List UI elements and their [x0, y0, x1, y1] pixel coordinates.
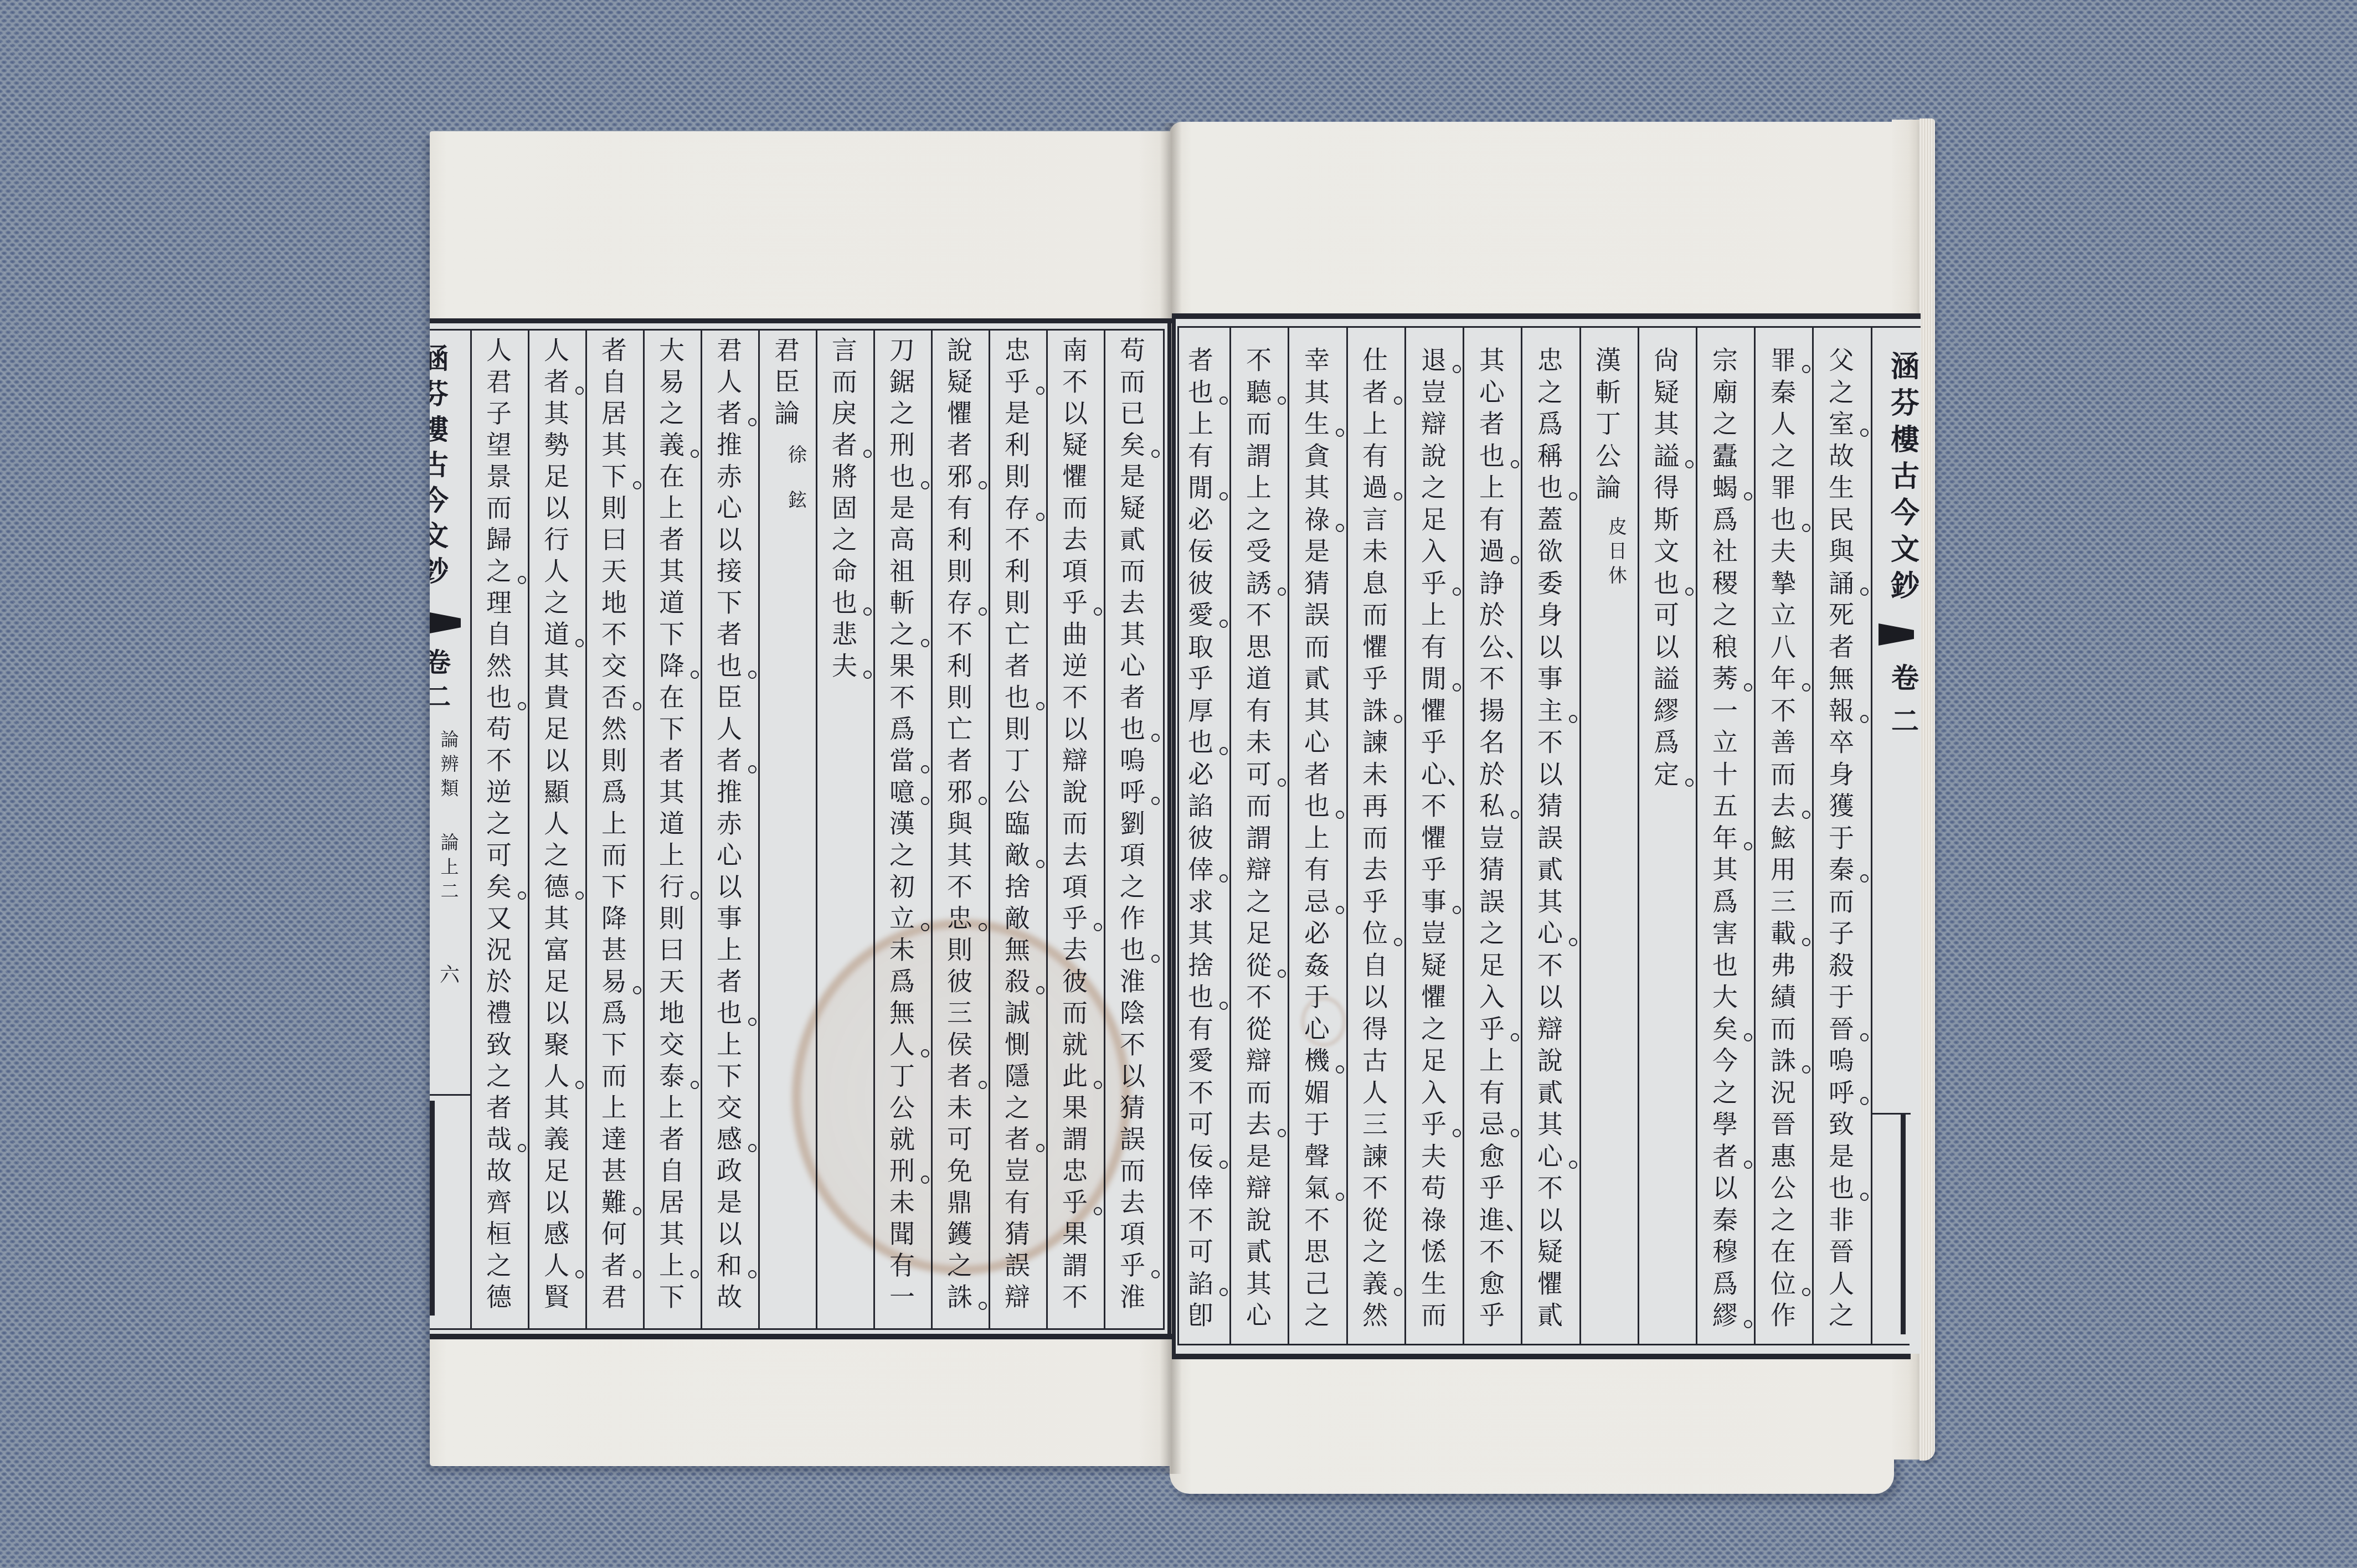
- glyph: 甚: [598, 1155, 631, 1187]
- glyph: 斬: [1592, 376, 1625, 409]
- glyph: 必: [1184, 759, 1217, 791]
- glyph: 豈: [1475, 822, 1509, 854]
- column-rule: [1288, 327, 1289, 1344]
- glyph: 居: [598, 398, 631, 429]
- glyph: 不: [1058, 1281, 1092, 1313]
- glyph: 呼: [1825, 1077, 1858, 1109]
- glyph: 行: [540, 524, 573, 555]
- punctuation-circle: [979, 481, 987, 489]
- glyph: 不: [1533, 1172, 1567, 1204]
- punctuation-circle: [1744, 1320, 1752, 1328]
- glyph: 不: [1242, 981, 1275, 1013]
- punctuation-circle: [518, 891, 526, 900]
- punctuation-circle: [1569, 938, 1577, 946]
- glyph: 有: [943, 492, 976, 524]
- glyph: 鋸: [886, 366, 919, 398]
- glyph: 捨: [1001, 871, 1034, 902]
- glyph: 則: [655, 902, 688, 934]
- glyph: 祖: [886, 555, 919, 587]
- glyph: 噫: [886, 776, 919, 808]
- punctuation-circle: [1453, 1129, 1461, 1137]
- glyph: 懼: [1533, 1268, 1567, 1300]
- left-frame-right-thin: [1163, 329, 1165, 1330]
- glyph: 而: [1358, 822, 1392, 854]
- section-label: 論上二: [433, 831, 466, 904]
- glyph: 未: [1358, 759, 1392, 791]
- glyph: 與: [943, 808, 976, 839]
- glyph: 有: [1475, 504, 1509, 536]
- glyph: 以: [540, 745, 573, 776]
- glyph: 而: [1825, 886, 1858, 918]
- glyph: 哉: [482, 1123, 516, 1155]
- punctuation-circle: [748, 1018, 756, 1026]
- column-rule: [1696, 327, 1697, 1344]
- glyph: 上: [1417, 599, 1450, 631]
- glyph: 之: [886, 618, 919, 650]
- glyph: 悲: [828, 618, 861, 650]
- glyph: 之: [1417, 1013, 1450, 1045]
- glyph: 秦: [1825, 854, 1858, 886]
- glyph: 足: [1475, 950, 1509, 982]
- punctuation-circle: [575, 639, 584, 647]
- text-column: 不聽而謂上之受誘不思道有未可而謂辯之足從不從辯而去是辯說貳其心: [1242, 344, 1275, 1332]
- glyph: 年: [1767, 663, 1800, 695]
- text-column: 退豈辯說之足入乎上有閒懼乎心不懼乎事豈疑懼之足入乎夫苟祿恡生而: [1417, 344, 1450, 1332]
- glyph: 者: [713, 398, 746, 429]
- punctuation-circle: [979, 797, 987, 805]
- glyph: 三: [1767, 886, 1800, 918]
- right-frame-bottom-thick: [1172, 1354, 1911, 1359]
- glyph: 心: [1300, 726, 1334, 759]
- glyph: 人: [482, 334, 516, 366]
- text-column: 君人者推赤心以接下者也臣人者推赤心以事上者也上下交感政是以和故: [713, 334, 746, 1313]
- glyph: 稂: [1708, 631, 1742, 663]
- punctuation-circle: [691, 670, 699, 679]
- glyph: 也: [1116, 713, 1149, 745]
- right-frame-top-thick: [1172, 313, 1921, 319]
- glyph: 以: [1533, 981, 1567, 1013]
- glyph: 卷: [1888, 657, 1922, 700]
- glyph: 上: [655, 1250, 688, 1281]
- glyph: 之: [482, 555, 516, 587]
- glyph: 古: [1358, 1045, 1392, 1077]
- glyph: 其: [540, 1092, 573, 1123]
- glyph: 獲: [1825, 790, 1858, 822]
- text-column: 父之室故生民與誦死者無報卒身獲于秦而子殺于晉嗚呼致是也非晉人之: [1825, 344, 1858, 1332]
- glyph: 交: [713, 1092, 746, 1123]
- glyph: 祿: [1417, 1204, 1450, 1236]
- glyph: 於: [1475, 599, 1509, 631]
- glyph: 說: [1242, 1204, 1275, 1236]
- punctuation-circle: [1036, 513, 1044, 521]
- glyph: 以: [1533, 759, 1567, 791]
- glyph: 景: [482, 461, 516, 492]
- glyph: 矣: [482, 871, 516, 902]
- glyph: 齊: [482, 1187, 516, 1218]
- punctuation-circle: [1802, 938, 1810, 946]
- glyph: 上: [655, 1092, 688, 1123]
- glyph: 心: [1533, 1141, 1567, 1173]
- text-column: 人者其勢足以行人之道其貴足以顯人之德其富足以聚人其義足以感人賢: [540, 334, 573, 1313]
- glyph: 赤: [713, 461, 746, 492]
- glyph: 之: [1300, 1299, 1334, 1332]
- glyph: 廟: [1708, 376, 1742, 409]
- glyph: 心: [1475, 376, 1509, 409]
- glyph: 乎: [1417, 726, 1450, 759]
- glyph: 也: [1708, 950, 1742, 982]
- punctuation-circle: [1336, 429, 1344, 437]
- glyph: 載: [1767, 917, 1800, 950]
- glyph: 以: [1058, 713, 1092, 745]
- glyph: 卽: [1184, 1299, 1217, 1332]
- glyph: 也: [482, 682, 516, 713]
- header-divider: [430, 1094, 470, 1096]
- glyph: 也: [1184, 726, 1217, 759]
- punctuation-circle: [633, 986, 641, 994]
- punctuation-circle: [1036, 860, 1044, 868]
- glyph: 去: [1116, 1187, 1149, 1218]
- glyph: 人: [713, 366, 746, 398]
- glyph: 不: [1475, 1236, 1509, 1268]
- glyph: 義: [540, 1123, 573, 1155]
- glyph: 己: [1300, 1268, 1334, 1300]
- glyph: 而: [1242, 790, 1275, 822]
- glyph: 厚: [1184, 695, 1217, 727]
- glyph: 爲: [598, 997, 631, 1029]
- glyph: 存: [943, 587, 976, 618]
- glyph: 亡: [943, 713, 976, 745]
- glyph: 自: [655, 1155, 688, 1187]
- left-frame-right-thick: [1167, 318, 1171, 1339]
- glyph: 之: [828, 524, 861, 555]
- glyph: 漢: [886, 808, 919, 839]
- glyph: 者: [1300, 759, 1334, 791]
- glyph: 高: [886, 524, 919, 555]
- glyph: 劉: [1116, 808, 1149, 839]
- glyph: 者: [943, 429, 976, 461]
- glyph: 者: [1708, 1141, 1742, 1173]
- header-column-rule: [1871, 327, 1872, 1344]
- punctuation-circle: [691, 1270, 699, 1278]
- punctuation-circle: [518, 576, 526, 584]
- glyph: 定: [1650, 759, 1683, 791]
- glyph: 則: [1001, 587, 1034, 618]
- glyph: 在: [655, 682, 688, 713]
- glyph: 人: [1358, 1077, 1392, 1109]
- glyph: 斯: [1650, 504, 1683, 536]
- glyph: 謚: [1650, 440, 1683, 472]
- glyph: 已: [1116, 398, 1149, 429]
- glyph: 之: [1358, 1236, 1392, 1268]
- punctuation-circle: [1336, 811, 1344, 819]
- collection-title: 涵芬樓古今文鈔: [1888, 349, 1922, 605]
- glyph: 乎: [1058, 902, 1092, 934]
- glyph: 有: [1475, 1077, 1509, 1109]
- glyph: 其: [1475, 344, 1509, 376]
- glyph: 不: [1058, 366, 1092, 398]
- punctuation-circle: [863, 450, 872, 458]
- glyph: 求: [1184, 886, 1217, 918]
- glyph: 不: [1242, 344, 1275, 376]
- glyph: 以: [1708, 1172, 1742, 1204]
- left-frame-top-thick: [430, 318, 1172, 323]
- glyph: 上: [1184, 408, 1217, 440]
- glyph: 不: [1533, 726, 1567, 759]
- glyph: 文: [1650, 535, 1683, 568]
- water-stain-ring: [792, 919, 1131, 1275]
- column-rule: [1754, 327, 1756, 1344]
- glyph: 三: [1358, 1108, 1392, 1141]
- glyph: 君: [770, 334, 804, 366]
- glyph: 和: [713, 1250, 746, 1281]
- glyph: 然: [1358, 1299, 1392, 1332]
- glyph: 臣: [770, 366, 804, 398]
- glyph: 也: [1767, 504, 1800, 536]
- punctuation-circle: [575, 1270, 584, 1278]
- column-rule: [1404, 327, 1406, 1344]
- glyph: 有: [1184, 440, 1217, 472]
- glyph: 委: [1533, 568, 1567, 600]
- glyph: 丁: [1592, 408, 1625, 440]
- glyph: 論: [433, 728, 466, 752]
- glyph: 何: [598, 1218, 631, 1250]
- glyph: 果: [886, 650, 919, 682]
- punctuation-circle: [575, 891, 584, 900]
- glyph: 上: [655, 839, 688, 871]
- glyph: 謂: [1242, 440, 1275, 472]
- glyph: 下: [598, 1029, 631, 1060]
- glyph: 固: [828, 492, 861, 524]
- glyph: 乎: [1475, 1013, 1509, 1045]
- glyph: 入: [1417, 535, 1450, 568]
- glyph: 不: [1417, 790, 1450, 822]
- glyph: 道: [1242, 663, 1275, 695]
- page-number: 六: [433, 963, 466, 988]
- glyph: 交: [655, 1029, 688, 1060]
- glyph: 天: [598, 555, 631, 587]
- glyph: 不: [1358, 1172, 1392, 1204]
- punctuation-circle: [1094, 1207, 1102, 1215]
- glyph: 疑: [943, 366, 976, 398]
- glyph: 富: [540, 934, 573, 966]
- punctuation-circle: [1336, 1193, 1344, 1201]
- punctuation-circle: [1744, 492, 1752, 501]
- glyph: 存: [1001, 492, 1034, 524]
- glyph: 聚: [540, 1029, 573, 1060]
- punctuation-circle: [1394, 492, 1402, 501]
- glyph: 文: [430, 518, 451, 554]
- glyph: 恡: [1417, 1236, 1450, 1268]
- glyph: 爲: [1708, 886, 1742, 918]
- glyph: 類: [433, 776, 466, 801]
- glyph: 矣: [1708, 1013, 1742, 1045]
- glyph: 捨: [1184, 950, 1217, 982]
- collection-title: 涵芬樓古今文鈔: [430, 341, 451, 589]
- glyph: 其: [540, 398, 573, 429]
- glyph: 祿: [1300, 504, 1334, 536]
- essay-author: 皮日休: [1601, 515, 1634, 588]
- glyph: 義: [1358, 1268, 1392, 1300]
- glyph: 辯: [1001, 1281, 1034, 1313]
- glyph: 以: [713, 524, 746, 555]
- punctuation-circle: [1860, 429, 1869, 437]
- glyph: 淮: [1116, 1281, 1149, 1313]
- punctuation-circle: [1802, 811, 1810, 819]
- glyph: 感: [540, 1218, 573, 1250]
- glyph: 莠: [1708, 663, 1742, 695]
- glyph: 晉: [1825, 1013, 1858, 1045]
- glyph: 也: [1300, 790, 1334, 822]
- punctuation-circle: [748, 418, 756, 426]
- glyph: 事: [713, 902, 746, 934]
- glyph: 不: [598, 618, 631, 650]
- glyph: 道: [655, 808, 688, 839]
- glyph: 過: [1475, 535, 1509, 568]
- glyph: 年: [1708, 822, 1742, 854]
- glyph: 臨: [1001, 808, 1034, 839]
- glyph: 心: [1242, 1299, 1275, 1332]
- glyph: 豈: [1417, 917, 1450, 950]
- glyph: 接: [713, 555, 746, 587]
- glyph: 其: [1184, 917, 1217, 950]
- punctuation-circle: [1151, 734, 1160, 742]
- glyph: 賢: [540, 1281, 573, 1313]
- glyph: 嗚: [1825, 1045, 1858, 1077]
- right-frame-left-thin: [1177, 326, 1179, 1345]
- glyph: 其: [655, 776, 688, 808]
- punctuation-circle: [748, 765, 756, 773]
- punctuation-circle: [633, 702, 641, 710]
- glyph: 身: [1825, 759, 1858, 791]
- glyph: 者: [482, 1092, 516, 1123]
- glyph: 是: [1300, 535, 1334, 568]
- glyph: 君: [482, 366, 516, 398]
- glyph: 愛: [1184, 1045, 1217, 1077]
- glyph: 有: [1184, 1013, 1217, 1045]
- glyph: 今: [1888, 495, 1922, 532]
- glyph: 疑: [1533, 1236, 1567, 1268]
- glyph: 其: [1533, 886, 1567, 918]
- glyph: 辯: [1533, 1013, 1567, 1045]
- glyph: 幸: [1300, 344, 1334, 376]
- glyph: 今: [430, 483, 451, 518]
- glyph: 項: [1116, 839, 1149, 871]
- glyph: 佞: [1184, 1141, 1217, 1173]
- glyph: 于: [1825, 822, 1858, 854]
- glyph: 乎: [1058, 587, 1092, 618]
- punctuation-circle: [1744, 683, 1752, 692]
- punctuation-circle: [1151, 1270, 1160, 1278]
- glyph: 有: [1300, 854, 1334, 886]
- glyph: 與: [1825, 535, 1858, 568]
- glyph: 生: [1825, 472, 1858, 504]
- glyph: 致: [482, 1029, 516, 1060]
- text-column: 幸其生貪其祿是猜誤而貳其心者也上有忌必姦于心機媚于聲氣不思己之: [1300, 344, 1334, 1332]
- glyph: 足: [1242, 917, 1275, 950]
- glyph: 是: [1242, 1141, 1275, 1173]
- glyph: 者: [1475, 408, 1509, 440]
- glyph: 君: [598, 1281, 631, 1313]
- column-rule: [1463, 327, 1464, 1344]
- glyph: 鮌: [1767, 822, 1800, 854]
- glyph: 苟: [1417, 1172, 1450, 1204]
- glyph: 易: [655, 366, 688, 398]
- glyph: 不: [1300, 1204, 1334, 1236]
- glyph: 樓: [430, 412, 451, 447]
- glyph: 然: [598, 713, 631, 745]
- punctuation-circle: [1453, 365, 1461, 373]
- glyph: 斬: [886, 587, 919, 618]
- glyph: 生: [1300, 408, 1334, 440]
- glyph: 文: [1888, 532, 1922, 568]
- glyph: 其: [1533, 1108, 1567, 1141]
- glyph: 一: [1708, 695, 1742, 727]
- glyph: 于: [1300, 1108, 1334, 1141]
- glyph: 倖: [1184, 854, 1217, 886]
- glyph: 未: [1242, 726, 1275, 759]
- glyph: 顯: [540, 776, 573, 808]
- glyph: 當: [886, 745, 919, 776]
- glyph: 晉: [1767, 1108, 1800, 1141]
- glyph: 上: [1300, 822, 1334, 854]
- glyph: 去: [1767, 790, 1800, 822]
- glyph: 曰: [655, 934, 688, 966]
- glyph: 室: [1825, 408, 1858, 440]
- glyph: 者: [713, 618, 746, 650]
- glyph: 地: [598, 587, 631, 618]
- glyph: 嗚: [1116, 745, 1149, 776]
- glyph: 說: [1417, 440, 1450, 472]
- glyph: 利: [1001, 429, 1034, 461]
- glyph: 誦: [1825, 568, 1858, 600]
- glyph: 而: [1116, 555, 1149, 587]
- punctuation-circle: [921, 481, 929, 489]
- glyph: 穆: [1708, 1236, 1742, 1268]
- glyph: 辯: [1417, 408, 1450, 440]
- glyph: 子: [1825, 917, 1858, 950]
- glyph: 機: [1300, 1045, 1334, 1077]
- glyph: 德: [482, 1281, 516, 1313]
- glyph: 貳: [1533, 854, 1567, 886]
- glyph: 理: [482, 587, 516, 618]
- glyph: 感: [713, 1123, 746, 1155]
- glyph: 其: [1300, 376, 1334, 409]
- glyph: 父: [1825, 344, 1858, 376]
- glyph: 二: [430, 680, 454, 714]
- glyph: 人: [713, 713, 746, 745]
- glyph: 有: [1358, 440, 1392, 472]
- glyph: 項: [1058, 555, 1092, 587]
- column-rule: [701, 330, 702, 1329]
- glyph: 必: [1300, 917, 1334, 950]
- glyph: 不: [1001, 524, 1034, 555]
- glyph: 下: [598, 461, 631, 492]
- glyph: 敵: [1001, 839, 1034, 871]
- glyph: 者: [1001, 650, 1034, 682]
- glyph: 貳: [1300, 663, 1334, 695]
- column-rule: [1579, 327, 1581, 1344]
- glyph: 六: [433, 963, 466, 988]
- glyph: 人: [1825, 1268, 1858, 1300]
- glyph: 事: [1533, 663, 1567, 695]
- glyph: 矣: [1116, 429, 1149, 461]
- glyph: 貪: [1300, 440, 1334, 472]
- glyph: 爲: [1650, 726, 1683, 759]
- glyph: 戾: [828, 398, 861, 429]
- glyph: 其: [1242, 1268, 1275, 1300]
- glyph: 仕: [1358, 344, 1392, 376]
- glyph: 立: [1708, 726, 1742, 759]
